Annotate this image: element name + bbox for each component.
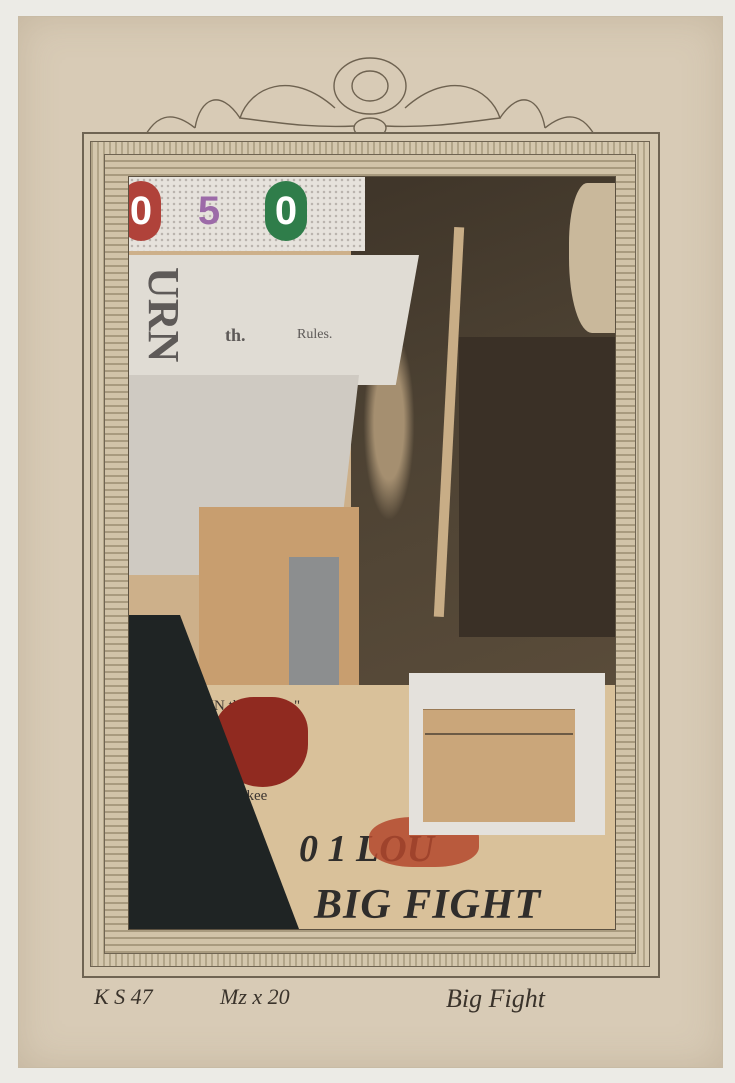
inscription-mz: Mz x 20 [220, 984, 290, 1010]
newspaper-fragment-top: URN th. Rules. [129, 255, 419, 385]
cardboard-fragment [423, 709, 575, 822]
boxer-jacket [459, 337, 615, 637]
ticket-digit-0: 0 [128, 181, 161, 241]
collage-area: 0 5 0 URN th. Rules. IN th of them," Box… [128, 176, 616, 930]
fragment-th: th. [225, 325, 246, 346]
ticket-digit-5: 5 [189, 181, 229, 241]
headline-big-fight: BIG FIGHT [314, 881, 541, 929]
blue-grey-strip [289, 557, 339, 687]
fragment-rules: Rules. [297, 327, 332, 343]
vertical-headline: URN [138, 267, 189, 362]
inscription-ks47: K S 47 [94, 984, 153, 1010]
ticket-digit-green: 0 [265, 181, 307, 241]
ticket-fragment: 0 5 0 [129, 177, 365, 251]
inscription-title: Big Fight [446, 984, 545, 1014]
cardboard-line [425, 733, 573, 735]
ribbon-bow-ornament [140, 48, 600, 140]
boxer-face [569, 183, 615, 333]
